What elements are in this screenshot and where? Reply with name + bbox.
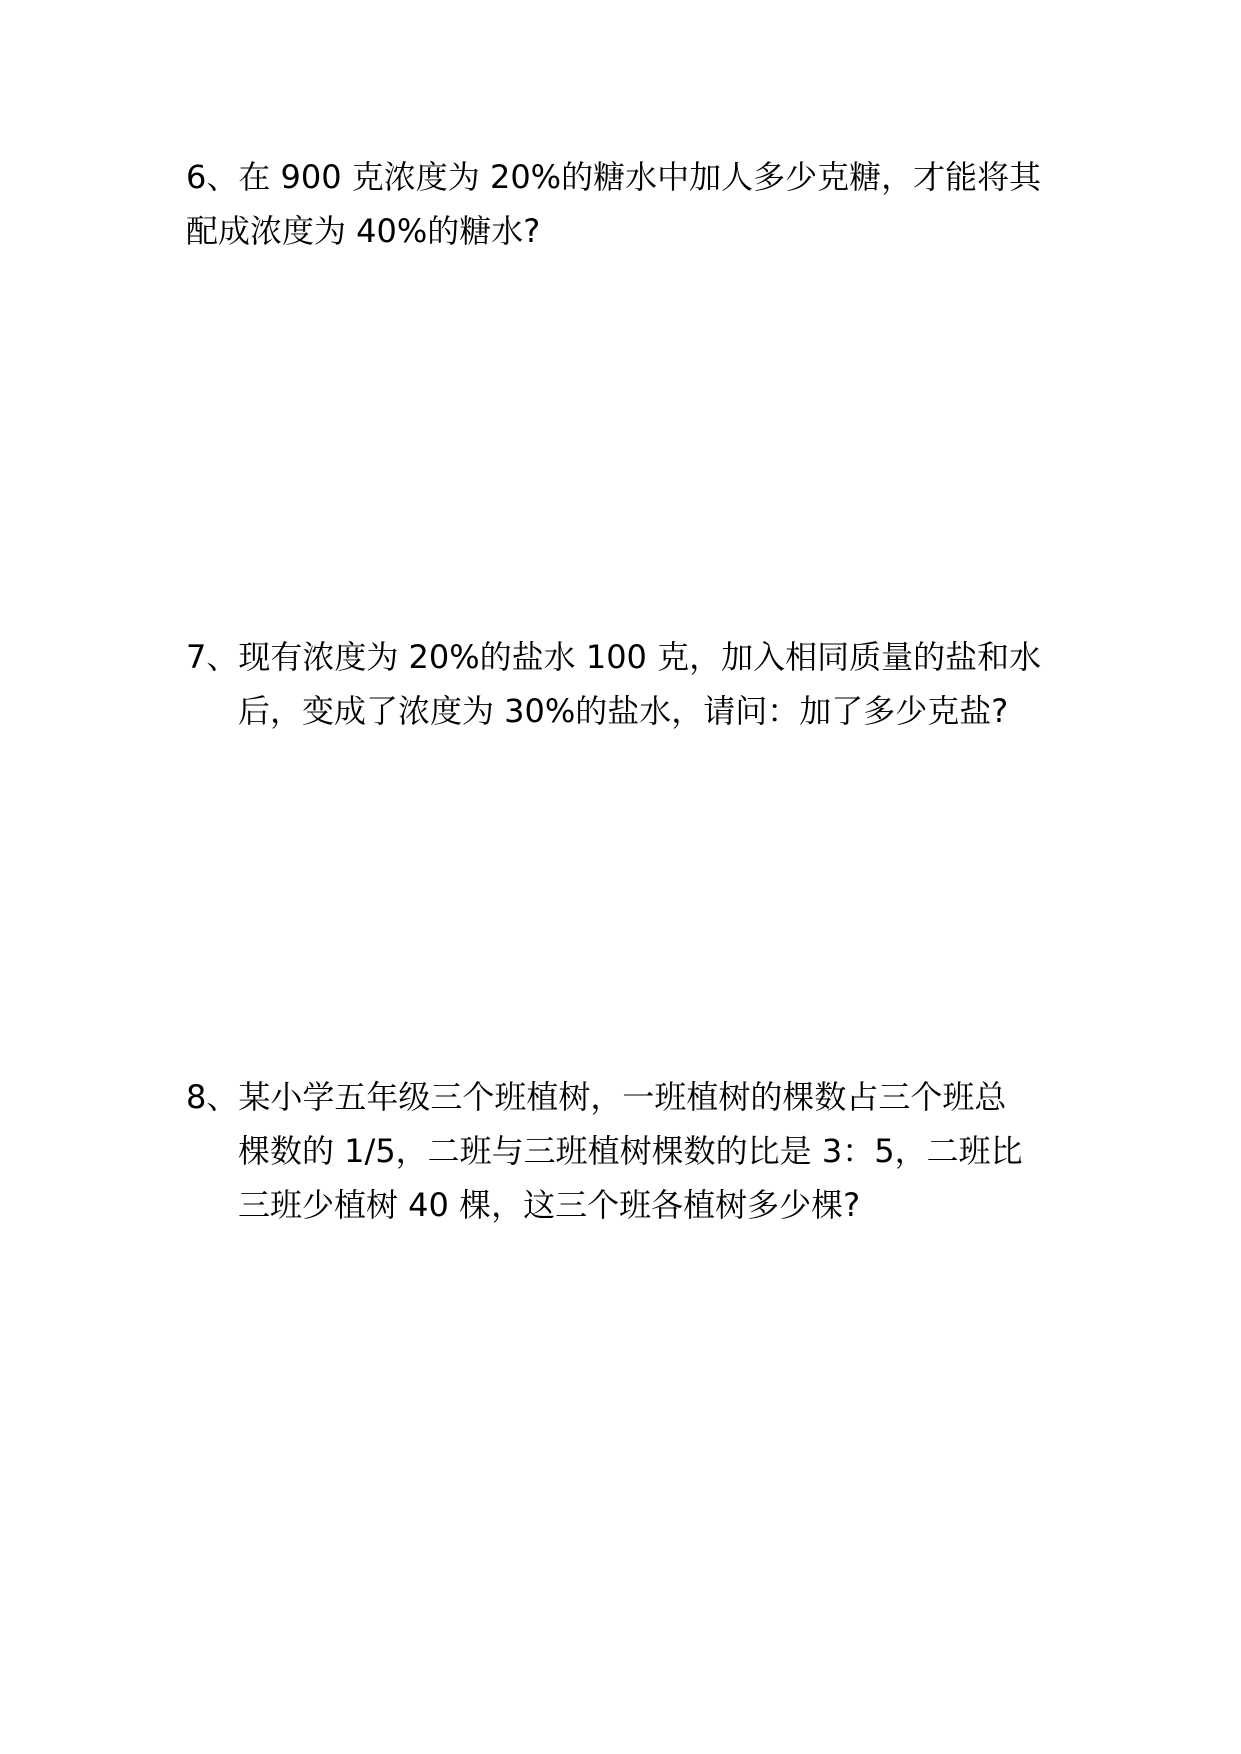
problem-6-line-1: 6、在 900 克浓度为 20%的糖水中加人多少克糖，才能将其 <box>186 150 1066 204</box>
problem-8-line-1: 8、某小学五年级三个班植树，一班植树的棵数占三个班总 <box>186 1070 1066 1124</box>
problem-8-line-3: 三班少植树 40 棵，这三个班各植树多少棵? <box>186 1178 1066 1232</box>
problem-8: 8、某小学五年级三个班植树，一班植树的棵数占三个班总 棵数的 1/5，二班与三班… <box>186 1070 1066 1232</box>
problem-8-line-2: 棵数的 1/5，二班与三班植树棵数的比是 3：5，二班比 <box>186 1124 1066 1178</box>
document-page: 6、在 900 克浓度为 20%的糖水中加人多少克糖，才能将其 配成浓度为 40… <box>0 0 1241 1754</box>
problem-6-line-2: 配成浓度为 40%的糖水? <box>186 204 1066 258</box>
problem-6: 6、在 900 克浓度为 20%的糖水中加人多少克糖，才能将其 配成浓度为 40… <box>186 150 1066 258</box>
problem-7-line-2: 后，变成了浓度为 30%的盐水，请问：加了多少克盐? <box>186 684 1066 738</box>
problem-7: 7、现有浓度为 20%的盐水 100 克，加入相同质量的盐和水 后，变成了浓度为… <box>186 630 1066 738</box>
problem-7-line-1: 7、现有浓度为 20%的盐水 100 克，加入相同质量的盐和水 <box>186 630 1066 684</box>
